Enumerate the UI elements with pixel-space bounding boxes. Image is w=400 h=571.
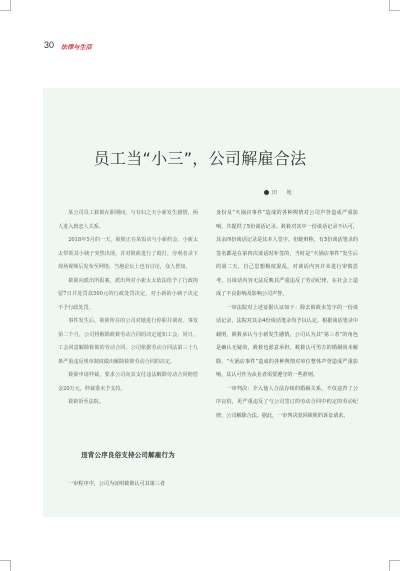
paragraph: 2018年5月的一天，筱筱正在某饭店与小新约会，小新太太带领其小姨子突然出现，并… [58, 234, 198, 275]
article-title: 员工当“小三”，公司解雇合法 [0, 146, 400, 169]
paragraph: 筱筱向派出所报案，派出所对小新太太依法给予了行政拘留7日并处罚款500元的行政处… [58, 275, 198, 316]
left-column: 某公司员工筱筱在职期间，与有妇之夫小新发生感情，两人进入到恋人关系。 2018年… [58, 207, 198, 410]
magazine-logo: 法律与生活 [61, 42, 92, 51]
section-heading: 违背公序良俗支持公司解雇行为 [58, 450, 198, 459]
paragraph: 筱筱申请仲裁，要求公司向其支付违法解除劳动合同赔偿金20万元，仲裁委未予支持。 [58, 369, 198, 396]
paragraph: 事件发生后，筱筱所在的公司对她进行停职并调查。事发第二个月，公司将解除筱筱劳动合… [58, 315, 198, 369]
byline: 田 地 [264, 189, 296, 196]
paragraph: 一审法院对上述证据认证如下：除去筱筱未签字的一份谈话记录，法院对其余4份谈话笔录… [216, 302, 358, 383]
page-number: 30 [44, 40, 54, 50]
left-column-continued: 一审程序中，公司为证明筱筱认可其第三者 [58, 478, 198, 492]
crop-mark-top-right [389, 0, 400, 11]
crop-mark-top-left [0, 0, 11, 11]
crop-mark-bottom-right [389, 560, 400, 571]
paragraph: 身份及“火锅店事件”造成的各种舆情对公司声誉造成严重影响，共提供了5份谈话记录。… [216, 207, 358, 302]
author-badge-icon [264, 190, 269, 195]
paragraph: 一审判决：介入他人合法存续的婚姻关系，不仅违背了公序良俗，更严重违反了与公司签订… [216, 383, 358, 424]
right-column: 身份及“火锅店事件”造成的各种舆情对公司声誉造成严重影响，共提供了5份谈话记录。… [216, 207, 358, 423]
paragraph: 一审程序中，公司为证明筱筱认可其第三者 [58, 478, 198, 492]
paragraph: 筱筱诉至法院。 [58, 396, 198, 410]
crop-mark-bottom-left [0, 560, 11, 571]
paragraph: 某公司员工筱筱在职期间，与有妇之夫小新发生感情，两人进入到恋人关系。 [58, 207, 198, 234]
author-name: 田 地 [272, 189, 296, 196]
